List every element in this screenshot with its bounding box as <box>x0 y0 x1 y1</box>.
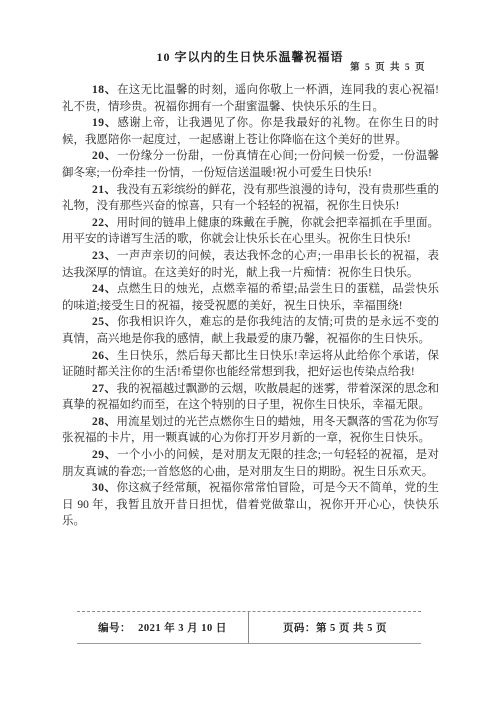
item-text: 生日快乐，然后每天都比生日快乐!幸运将从此给你个承诺，保证随时都关注你的生活!希… <box>62 350 439 379</box>
item-text: 一个小小的问候，是对朋友无限的挂念;一句轻轻的祝福，是对朋友真诚的眷恋;一首悠悠… <box>62 449 439 478</box>
blessing-paragraph: 22、用时间的链串上健康的珠戴在手腕，你就会把幸福抓在手里面。用平安的诗谱写生活… <box>62 215 439 248</box>
blessing-paragraph: 24、点燃生日的烛光，点燃幸福的希望;品尝生日的蛋糕，品尝快乐的味道;接受生日的… <box>62 281 439 314</box>
blessing-list: 18、在这无比温馨的时刻，遥向你敬上一杯酒，连同我的衷心祝福!礼不贵，情珍贵。祝… <box>62 82 439 530</box>
item-number: 29、 <box>92 449 117 461</box>
item-number: 24、 <box>92 283 117 295</box>
header-page-number: 第 5 页 共 5 页 <box>350 59 426 73</box>
footer-page-value: 第 5 页 共 5 页 <box>316 620 387 635</box>
item-number: 28、 <box>92 416 117 428</box>
item-number: 27、 <box>92 383 117 395</box>
blessing-paragraph: 23、一声声亲切的问候，表达我怀念的心声;一串串长长的祝福，表达我深厚的情谊。在… <box>62 248 439 281</box>
blessing-paragraph: 19、感谢上帝，让我遇见了你。你是我最好的礼物。在你生日的时候，我愿陪你一起度过… <box>62 115 439 148</box>
footer-number-cell: 编号： 2021 年 3 月 10 日 <box>77 612 249 643</box>
item-text: 用流星划过的光芒点燃你生日的蜡烛，用冬天飘落的雪花为你写张祝福的卡片，用一颗真诚… <box>62 416 439 445</box>
blessing-paragraph: 29、一个小小的问候，是对朋友无限的挂念;一句轻轻的祝福，是对朋友真诚的眷恋;一… <box>62 447 439 480</box>
item-text: 点燃生日的烛光，点燃幸福的希望;品尝生日的蛋糕，品尝快乐的味道;接受生日的祝福，… <box>62 283 439 312</box>
footer-page-cell: 页码： 第 5 页 共 5 页 <box>249 612 421 643</box>
item-number: 22、 <box>92 217 117 229</box>
item-number: 25、 <box>92 316 117 328</box>
item-text: 一份缘分一份甜，一份真情在心间;一份问候一份爱，一份温馨御冬寒;一份牵挂一份情，… <box>62 150 439 179</box>
blessing-paragraph: 25、你我相识许久，难忘的是你我纯洁的友情;可贵的是永远不变的真情，高兴地是你我… <box>62 314 439 347</box>
item-number: 26、 <box>92 350 117 362</box>
item-text: 感谢上帝，让我遇见了你。你是我最好的礼物。在你生日的时候，我愿陪你一起度过，一起… <box>62 117 439 146</box>
footer-number-label: 编号： <box>98 620 131 635</box>
blessing-paragraph: 27、我的祝福越过飘渺的云烟，吹散晨起的迷雾，带着深深的思念和真挚的祝福如约而至… <box>62 381 439 414</box>
blessing-paragraph: 20、一份缘分一份甜，一份真情在心间;一份问候一份爱，一份温馨御冬寒;一份牵挂一… <box>62 148 439 181</box>
footer-table: 编号： 2021 年 3 月 10 日 页码： 第 5 页 共 5 页 <box>77 611 421 644</box>
document-page: 10 字以内的生日快乐温馨祝福语 第 5 页 共 5 页 18、在这无比温馨的时… <box>0 0 500 707</box>
blessing-paragraph: 26、生日快乐，然后每天都比生日快乐!幸运将从此给你个承诺，保证随时都关注你的生… <box>62 348 439 381</box>
footer-date-value: 2021 年 3 月 10 日 <box>138 620 227 635</box>
item-number: 30、 <box>92 482 117 494</box>
blessing-paragraph: 18、在这无比温馨的时刻，遥向你敬上一杯酒，连同我的衷心祝福!礼不贵，情珍贵。祝… <box>62 82 439 115</box>
item-number: 20、 <box>92 150 117 162</box>
blessing-paragraph: 21、我没有五彩缤纷的鲜花，没有那些浪漫的诗句，没有贵那些重的礼物，没有那些兴奋… <box>62 182 439 215</box>
item-text: 用时间的链串上健康的珠戴在手腕，你就会把幸福抓在手里面。用平安的诗谱写生活的歌，… <box>62 217 439 246</box>
item-text: 我没有五彩缤纷的鲜花，没有那些浪漫的诗句，没有贵那些重的礼物，没有那些兴奋的惊喜… <box>62 184 439 213</box>
item-text: 你这疯子经常颠，祝福你常常怕冒险，可是今天不简单，党的生日 90 年，我暂且放开… <box>62 482 439 527</box>
item-number: 21、 <box>92 184 117 196</box>
item-text: 在这无比温馨的时刻，遥向你敬上一杯酒，连同我的衷心祝福!礼不贵，情珍贵。祝福你拥… <box>62 84 439 113</box>
item-text: 你我相识许久，难忘的是你我纯洁的友情;可贵的是永远不变的真情，高兴地是你我的感情… <box>62 316 439 345</box>
item-number: 19、 <box>92 117 117 129</box>
item-text: 我的祝福越过飘渺的云烟，吹散晨起的迷雾，带着深深的思念和真挚的祝福如约而至，在这… <box>62 383 439 412</box>
item-number: 23、 <box>92 250 117 262</box>
blessing-paragraph: 28、用流星划过的光芒点燃你生日的蜡烛，用冬天飘落的雪花为你写张祝福的卡片，用一… <box>62 414 439 447</box>
item-text: 一声声亲切的问候，表达我怀念的心声;一串串长长的祝福，表达我深厚的情谊。在这美好… <box>62 250 439 279</box>
footer-page-label: 页码： <box>283 620 316 635</box>
blessing-paragraph: 30、你这疯子经常颠，祝福你常常怕冒险，可是今天不简单，党的生日 90 年，我暂… <box>62 480 439 530</box>
item-number: 18、 <box>92 84 117 96</box>
